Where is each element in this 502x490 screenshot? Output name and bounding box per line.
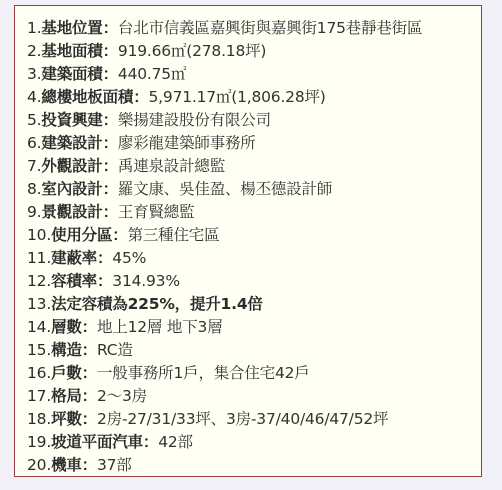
spec-label: 外觀設計 (41, 157, 102, 175)
spec-label: 建築面積 (41, 65, 102, 83)
spec-colon: ： (82, 364, 97, 382)
spec-label: 坪數 (51, 410, 82, 428)
spec-number: 1. (27, 19, 41, 37)
spec-label: 格局 (51, 387, 82, 405)
spec-label: 坡道平面汽車 (51, 433, 143, 451)
spec-colon: ： (82, 410, 97, 428)
spec-number: 7. (27, 157, 41, 175)
spec-number: 13. (27, 295, 51, 313)
spec-label: 景觀設計 (41, 203, 102, 221)
spec-value: 2房-27/31/33坪、3房-37/40/46/47/52坪 (97, 410, 388, 428)
spec-colon: ： (97, 249, 112, 267)
spec-number: 15. (27, 341, 51, 359)
building-spec-box: 1.基地位置：台北市信義區嘉興街與嘉興街175巷靜巷街區 2.基地面積：919.… (14, 5, 482, 477)
spec-item-units: 16.戶數：一般事務所1戶，集合住宅42戶 (27, 362, 481, 385)
spec-colon: ： (82, 387, 97, 405)
spec-item-architect: 6.建築設計：廖彩龍建築師事務所 (27, 132, 481, 155)
spec-number: 12. (27, 272, 51, 290)
spec-value: 一般事務所1戶，集合住宅42戶 (97, 364, 310, 382)
spec-item-motorcycle-parking: 20.機車：37部 (27, 454, 481, 477)
spec-item-unit-sizes: 18.坪數：2房-27/31/33坪、3房-37/40/46/47/52坪 (27, 408, 481, 431)
spec-number: 9. (27, 203, 41, 221)
spec-item-floors: 14.層數：地上12層 地下3層 (27, 316, 481, 339)
spec-label: 建蔽率 (51, 249, 97, 267)
spec-colon: ： (97, 272, 112, 290)
spec-label: 使用分區 (51, 226, 112, 244)
spec-colon: ： (103, 19, 118, 37)
spec-label: 機車 (51, 456, 82, 474)
spec-colon: ： (103, 111, 118, 129)
spec-item-structure: 15.構造：RC造 (27, 339, 481, 362)
spec-number: 5. (27, 111, 41, 129)
spec-label: 投資興建 (41, 111, 102, 129)
spec-item-car-parking: 19.坡道平面汽車：42部 (27, 431, 481, 454)
spec-colon: ： (103, 180, 118, 198)
spec-value: 地上12層 地下3層 (97, 318, 223, 336)
spec-value: 314.93% (112, 272, 180, 290)
spec-number: 10. (27, 226, 51, 244)
spec-label: 容積率 (51, 272, 97, 290)
spec-value: 台北市信義區嘉興街與嘉興街175巷靜巷街區 (118, 19, 422, 37)
spec-colon: ： (103, 157, 118, 175)
spec-item-site-location: 1.基地位置：台北市信義區嘉興街與嘉興街175巷靜巷街區 (27, 17, 481, 40)
spec-value: 羅文康、吳佳盈、楊丕德設計師 (118, 180, 332, 198)
spec-value: 5,971.17㎡(1,806.28坪) (149, 88, 326, 106)
spec-item-legal-far-note: 13.法定容積為225%，提升1.4倍 (27, 293, 481, 316)
spec-number: 14. (27, 318, 51, 336)
spec-colon: ： (82, 318, 97, 336)
spec-value: 禹連泉設計總監 (118, 157, 225, 175)
spec-label: 戶數 (51, 364, 82, 382)
spec-number: 11. (27, 249, 51, 267)
spec-number: 19. (27, 433, 51, 451)
spec-value: 37部 (97, 456, 132, 474)
spec-item-layout: 17.格局：2～3房 (27, 385, 481, 408)
spec-label: 總樓地板面積 (41, 88, 133, 106)
spec-item-building-area: 3.建築面積：440.75㎡ (27, 63, 481, 86)
spec-value: RC造 (97, 341, 133, 359)
spec-colon: ： (133, 88, 148, 106)
spec-label: 基地面積 (41, 42, 102, 60)
spec-colon: ： (103, 65, 118, 83)
spec-value: 42部 (158, 433, 193, 451)
spec-number: 18. (27, 410, 51, 428)
spec-colon: ： (103, 134, 118, 152)
spec-colon: ： (112, 226, 127, 244)
spec-item-facade-design: 7.外觀設計：禹連泉設計總監 (27, 155, 481, 178)
spec-label: 基地位置 (41, 19, 102, 37)
spec-item-site-area: 2.基地面積：919.66㎡(278.18坪) (27, 40, 481, 63)
spec-number: 4. (27, 88, 41, 106)
spec-value: 440.75㎡ (118, 65, 186, 83)
spec-colon: ： (82, 341, 97, 359)
spec-item-floor-area-ratio: 12.容積率：314.93% (27, 270, 481, 293)
spec-value: 2～3房 (97, 387, 147, 405)
spec-number: 20. (27, 456, 51, 474)
spec-item-total-floor-area: 4.總樓地板面積：5,971.17㎡(1,806.28坪) (27, 86, 481, 109)
spec-value: 第三種住宅區 (128, 226, 220, 244)
spec-label: 法定容積為225%，提升1.4倍 (51, 295, 263, 313)
spec-value: 廖彩龍建築師事務所 (118, 134, 256, 152)
spec-number: 16. (27, 364, 51, 382)
spec-value: 樂揚建設股份有限公司 (118, 111, 271, 129)
spec-item-coverage-ratio: 11.建蔽率：45% (27, 247, 481, 270)
spec-number: 17. (27, 387, 51, 405)
spec-number: 3. (27, 65, 41, 83)
spec-value: 王育賢總監 (118, 203, 195, 221)
spec-colon: ： (103, 42, 118, 60)
spec-item-interior-design: 8.室內設計：羅文康、吳佳盈、楊丕德設計師 (27, 178, 481, 201)
spec-number: 8. (27, 180, 41, 198)
spec-colon: ： (143, 433, 158, 451)
spec-colon: ： (103, 203, 118, 221)
spec-label: 室內設計 (41, 180, 102, 198)
spec-item-developer: 5.投資興建：樂揚建設股份有限公司 (27, 109, 481, 132)
spec-value: 45% (112, 249, 146, 267)
spec-item-landscape-design: 9.景觀設計：王育賢總監 (27, 201, 481, 224)
spec-list: 1.基地位置：台北市信義區嘉興街與嘉興街175巷靜巷街區 2.基地面積：919.… (27, 17, 481, 477)
spec-value: 919.66㎡(278.18坪) (118, 42, 266, 60)
spec-label: 建築設計 (41, 134, 102, 152)
spec-label: 構造 (51, 341, 82, 359)
spec-item-zoning: 10.使用分區：第三種住宅區 (27, 224, 481, 247)
spec-label: 層數 (51, 318, 82, 336)
spec-number: 6. (27, 134, 41, 152)
spec-colon: ： (82, 456, 97, 474)
spec-number: 2. (27, 42, 41, 60)
